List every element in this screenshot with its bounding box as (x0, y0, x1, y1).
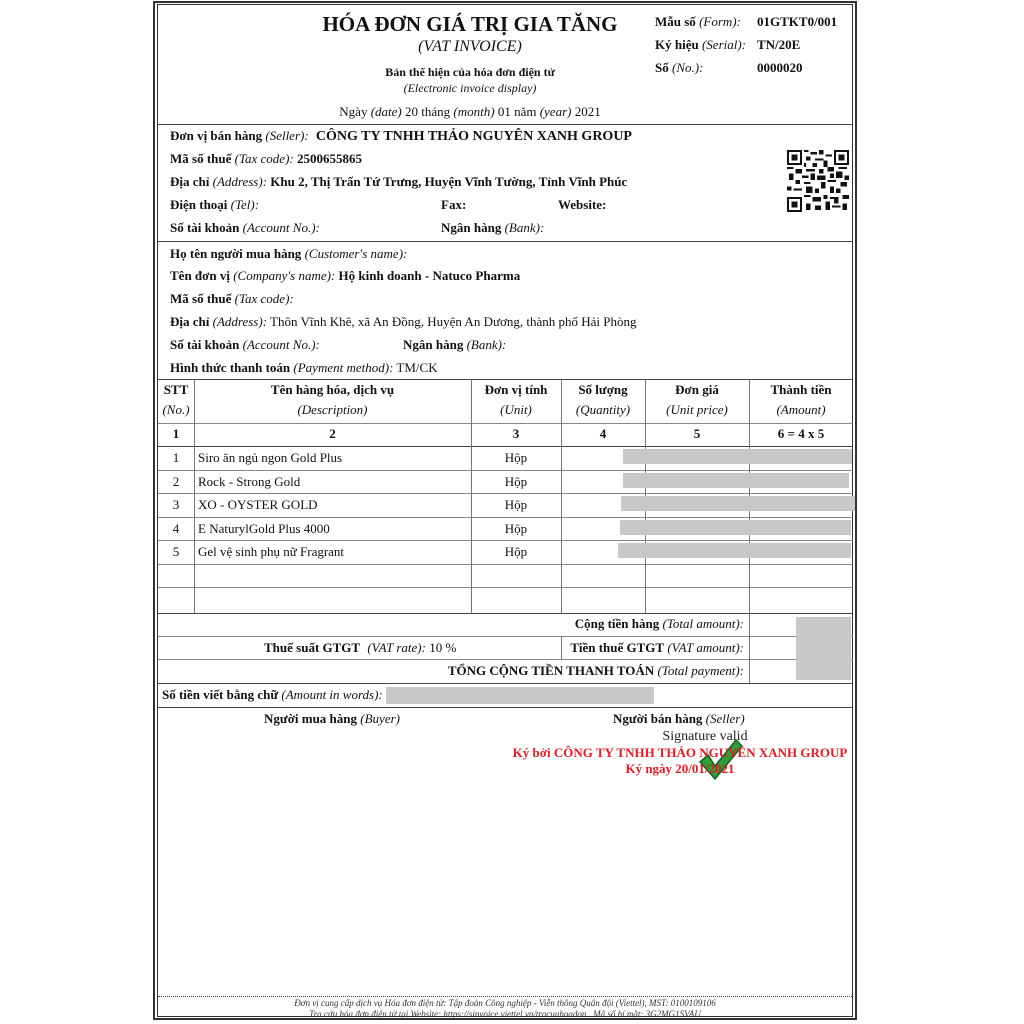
date-day-label: Ngày (339, 104, 367, 119)
buyer-signature-label: Người mua hàng (Buyer) (264, 711, 400, 727)
row-values-redacted (620, 520, 851, 535)
buyer-sig-vi: Người mua hàng (264, 711, 357, 726)
signed-date-text: Ký ngày 20/01/2021 (505, 761, 855, 777)
form-label-vi: Mẫu số (655, 14, 696, 29)
buyer-bank-label-en: (Bank): (467, 337, 507, 352)
divider (158, 241, 853, 242)
row-values-redacted (618, 543, 851, 558)
buyer-customer-label-en: (Customer's name): (305, 246, 408, 261)
column-header-en: (No.) (158, 402, 194, 418)
serial-label-en: (Serial): (702, 37, 746, 52)
row-description: Gel vệ sinh phụ nữ Fragrant (198, 544, 344, 560)
buyer-tax-label-en: (Tax code): (235, 291, 294, 306)
date-day: 20 (405, 104, 418, 119)
grand-total-label-vi: TỔNG CỘNG TIỀN THANH TOÁN (448, 663, 654, 678)
seller-bank-row: Ngân hàng (Bank): (441, 220, 544, 236)
column-number: 4 (561, 426, 645, 442)
row-unit: Hộp (471, 521, 561, 537)
serial-value: TN/20E (757, 37, 800, 53)
date-month-label: tháng (421, 104, 450, 119)
buyer-address-row: Địa chỉ (Address): Thôn Vĩnh Khê, xã An … (170, 314, 637, 330)
form-value: 01GTKT0/001 (757, 14, 837, 30)
footer-divider (158, 996, 852, 997)
buyer-company-label-en: (Company's name): (233, 268, 335, 283)
no-label-en: (No.): (672, 60, 703, 75)
seller-sig-vi: Người bán hàng (613, 711, 702, 726)
row-number: 3 (158, 497, 194, 513)
column-header: Tên hàng hóa, dịch vụ (194, 382, 471, 398)
column-number: 5 (645, 426, 749, 442)
row-values-redacted (621, 496, 855, 511)
totals-redacted (796, 617, 851, 680)
vat-amount-label-en: (VAT amount): (667, 640, 744, 655)
date-year: 2021 (575, 104, 601, 119)
buyer-company-row: Tên đơn vị (Company's name): Hộ kinh doa… (170, 268, 520, 284)
amount-words-row: Số tiền viết bằng chữ (Amount in words): (162, 687, 383, 703)
buyer-customer-label: Họ tên người mua hàng (170, 246, 301, 261)
seller-bank-label: Ngân hàng (441, 220, 501, 235)
qr-code-icon (787, 150, 849, 212)
vat-rate-label: Thuế suất GTGT (264, 640, 360, 655)
column-header: STT (158, 382, 194, 398)
seller-fax-label: Fax: (441, 197, 466, 213)
row-unit: Hộp (471, 544, 561, 560)
column-number: 2 (194, 426, 471, 442)
column-number: 1 (158, 426, 194, 442)
seller-tel-label: Điện thoại (170, 197, 227, 212)
column-number: 3 (471, 426, 561, 442)
vat-amount-label-vi: Tiền thuế GTGT (570, 640, 664, 655)
seller-website-label: Website: (558, 197, 606, 213)
seller-name-label-en: (Seller): (265, 128, 308, 143)
row-number: 1 (158, 450, 194, 466)
seller-tax-label: Mã số thuế (170, 151, 231, 166)
date-year-en: (year) (540, 104, 572, 119)
column-header: Đơn vị tính (471, 382, 561, 398)
row-unit: Hộp (471, 497, 561, 513)
seller-bank-label-en: (Bank): (505, 220, 545, 235)
form-label-en: (Form): (699, 14, 741, 29)
invoice-subtitle-en: (Electronic invoice display) (160, 81, 780, 96)
seller-name: CÔNG TY TNHH THẢO NGUYÊN XANH GROUP (316, 129, 632, 144)
seller-account-label: Số tài khoản (170, 220, 239, 235)
seller-address-row: Địa chỉ (Address): Khu 2, Thị Trấn Tứ Tr… (170, 174, 627, 190)
column-header-en: (Quantity) (561, 402, 645, 418)
buyer-bank-label: Ngân hàng (403, 337, 463, 352)
serial-label-vi: Ký hiệu (655, 37, 699, 52)
vat-rate-row: Thuế suất GTGT (VAT rate): 10 % (264, 640, 456, 656)
column-header-en: (Amount) (749, 402, 853, 418)
serial-label: Ký hiệu (Serial): (655, 37, 746, 53)
row-description: Rock - Strong Gold (198, 474, 300, 490)
row-number: 4 (158, 521, 194, 537)
column-header: Đơn giá (645, 382, 749, 398)
buyer-account-label-en: (Account No.): (243, 337, 320, 352)
seller-tel-label-en: (Tel): (231, 197, 259, 212)
buyer-payment-row: Hình thức thanh toán (Payment method): T… (170, 360, 438, 376)
row-values-redacted (623, 473, 849, 488)
row-number: 2 (158, 474, 194, 490)
words-label-en: (Amount in words): (281, 687, 382, 702)
buyer-payment-label: Hình thức thanh toán (170, 360, 290, 375)
column-header-en: (Unit price) (645, 402, 749, 418)
footer-lookup: Tra cứu hóa đơn điện tử tại Website: htt… (158, 1009, 852, 1019)
total-amount-label: Cộng tiền hàng (Total amount): (575, 616, 744, 632)
date-day-en: (date) (371, 104, 402, 119)
vat-rate-value: 10 % (429, 640, 456, 655)
buyer-sig-en: (Buyer) (360, 711, 400, 726)
row-unit: Hộp (471, 450, 561, 466)
column-number: 6 = 4 x 5 (749, 426, 853, 442)
date-month: 01 (498, 104, 511, 119)
seller-name-label: Đơn vị bán hàng (170, 128, 262, 143)
seller-address-label: Địa chỉ (170, 174, 209, 189)
buyer-account-label: Số tài khoản (170, 337, 239, 352)
buyer-tax-row: Mã số thuế (Tax code): (170, 291, 294, 307)
seller-tel-row: Điện thoại (Tel): (170, 197, 259, 213)
vat-rate-label-en: (VAT rate): (367, 640, 426, 655)
divider (158, 124, 853, 125)
invoice-no-label: Số (No.): (655, 60, 703, 76)
row-description: E NaturylGold Plus 4000 (198, 521, 330, 537)
row-description: XO - OYSTER GOLD (198, 497, 318, 513)
row-unit: Hộp (471, 474, 561, 490)
buyer-address: Thôn Vĩnh Khê, xã An Đồng, Huyện An Dươn… (270, 314, 636, 329)
column-header-en: (Description) (194, 402, 471, 418)
seller-tax-row: Mã số thuế (Tax code): 2500655865 (170, 151, 362, 167)
divider (158, 707, 853, 708)
buyer-bank-row: Ngân hàng (Bank): (403, 337, 506, 353)
column-header: Số lượng (561, 382, 645, 398)
invoice-no-value: 0000020 (757, 60, 803, 76)
seller-tax-label-en: (Tax code): (235, 151, 294, 166)
total-label-vi: Cộng tiền hàng (575, 616, 660, 631)
row-number: 5 (158, 544, 194, 560)
row-description: Siro ăn ngủ ngon Gold Plus (198, 450, 342, 466)
divider (158, 683, 853, 684)
vat-amount-label: Tiền thuế GTGT (VAT amount): (570, 640, 744, 656)
buyer-customer-row: Họ tên người mua hàng (Customer's name): (170, 246, 407, 262)
seller-account-row: Số tài khoản (Account No.): (170, 220, 320, 236)
seller-signature-label: Người bán hàng (Seller) (613, 711, 745, 727)
date-month-en: (month) (453, 104, 494, 119)
no-label-vi: Số (655, 60, 669, 75)
buyer-address-label-en: (Address): (213, 314, 267, 329)
row-values-redacted (623, 449, 852, 464)
buyer-tax-label: Mã số thuế (170, 291, 231, 306)
amount-words-redacted (386, 687, 654, 704)
seller-address-label-en: (Address): (213, 174, 267, 189)
divider (749, 613, 750, 683)
signed-by-text: Ký bởi CÔNG TY TNHH THẢO NGUYÊN XANH GRO… (505, 745, 855, 761)
total-label-en: (Total amount): (663, 616, 745, 631)
buyer-company-label: Tên đơn vị (170, 268, 230, 283)
seller-address: Khu 2, Thị Trấn Tứ Trưng, Huyện Vĩnh Tườ… (270, 174, 627, 189)
footer-provider: Đơn vị cung cấp dịch vụ Hóa đơn điện tử:… (158, 998, 852, 1008)
seller-name-row: Đơn vị bán hàng (Seller): CÔNG TY TNHH T… (170, 128, 632, 145)
seller-sig-en: (Seller) (706, 711, 745, 726)
buyer-payment-method: TM/CK (396, 360, 437, 375)
grand-total-label: TỔNG CỘNG TIỀN THANH TOÁN (Total payment… (448, 663, 744, 679)
buyer-company: Hộ kinh doanh - Natuco Pharma (339, 268, 521, 283)
column-header: Thành tiền (749, 382, 853, 398)
form-label: Mẫu số (Form): (655, 14, 741, 30)
words-label: Số tiền viết bằng chữ (162, 687, 278, 702)
seller-account-label-en: (Account No.): (243, 220, 320, 235)
buyer-account-row: Số tài khoản (Account No.): (170, 337, 320, 353)
buyer-payment-label-en: (Payment method): (293, 360, 393, 375)
buyer-address-label: Địa chỉ (170, 314, 209, 329)
grand-total-label-en: (Total payment): (657, 663, 744, 678)
divider (561, 636, 562, 659)
column-header-en: (Unit) (471, 402, 561, 418)
invoice-date: Ngày (date) 20 tháng (month) 01 năm (yea… (160, 104, 780, 120)
seller-tax-code: 2500655865 (297, 151, 362, 166)
date-year-label: năm (514, 104, 536, 119)
